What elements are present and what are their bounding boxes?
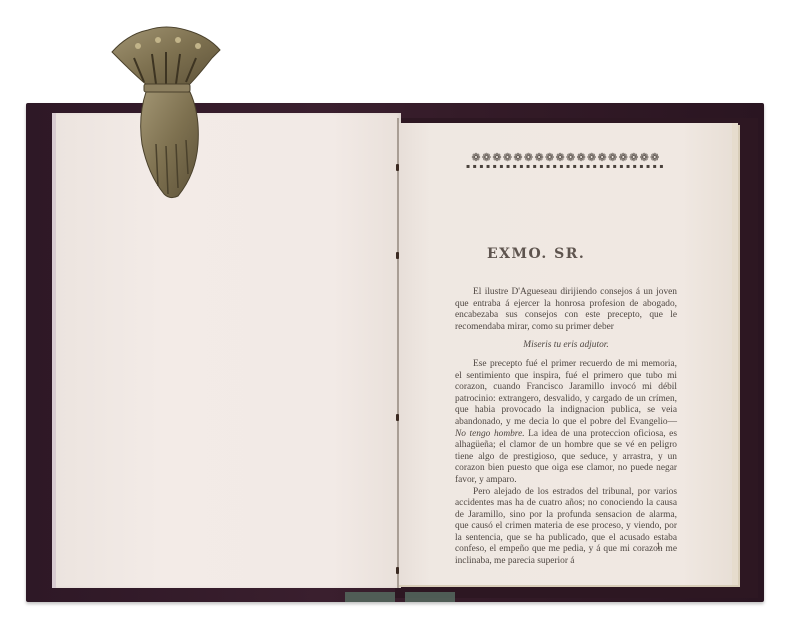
dot-ornament-icon: ▪▪▪▪▪▪▪▪▪▪▪▪▪▪▪▪▪▪▪▪▪▪▪▪▪▪▪▪▪▪ (466, 164, 666, 170)
body-text: El ilustre D'Agueseau dirijiendo consejo… (455, 287, 677, 568)
hand-clip-icon (108, 24, 224, 200)
binding-stitch (396, 414, 399, 421)
page-heading: EXMO. SR. (487, 246, 585, 262)
paragraph-2: Ese precepto fué el primer recuerdo de m… (455, 359, 677, 487)
ornament-border: ❁❁❁❁❁❁❁❁❁❁❁❁❁❁❁❁❁❁ ▪▪▪▪▪▪▪▪▪▪▪▪▪▪▪▪▪▪▪▪▪… (455, 152, 677, 170)
spine-band (405, 592, 455, 602)
binding-stitch (396, 567, 399, 574)
paragraph-1: El ilustre D'Agueseau dirijiendo consejo… (455, 287, 677, 333)
spine-band (345, 592, 395, 602)
binding-stitch (396, 252, 399, 259)
left-page (52, 113, 401, 588)
paragraph-3: Pero alejado de los estrados del tribuna… (455, 487, 677, 568)
latin-quote: Miseris tu eris adjutor. (455, 340, 677, 352)
binding-stitch (396, 164, 399, 171)
book-gutter (397, 118, 399, 588)
page-number: 1. (656, 541, 663, 551)
